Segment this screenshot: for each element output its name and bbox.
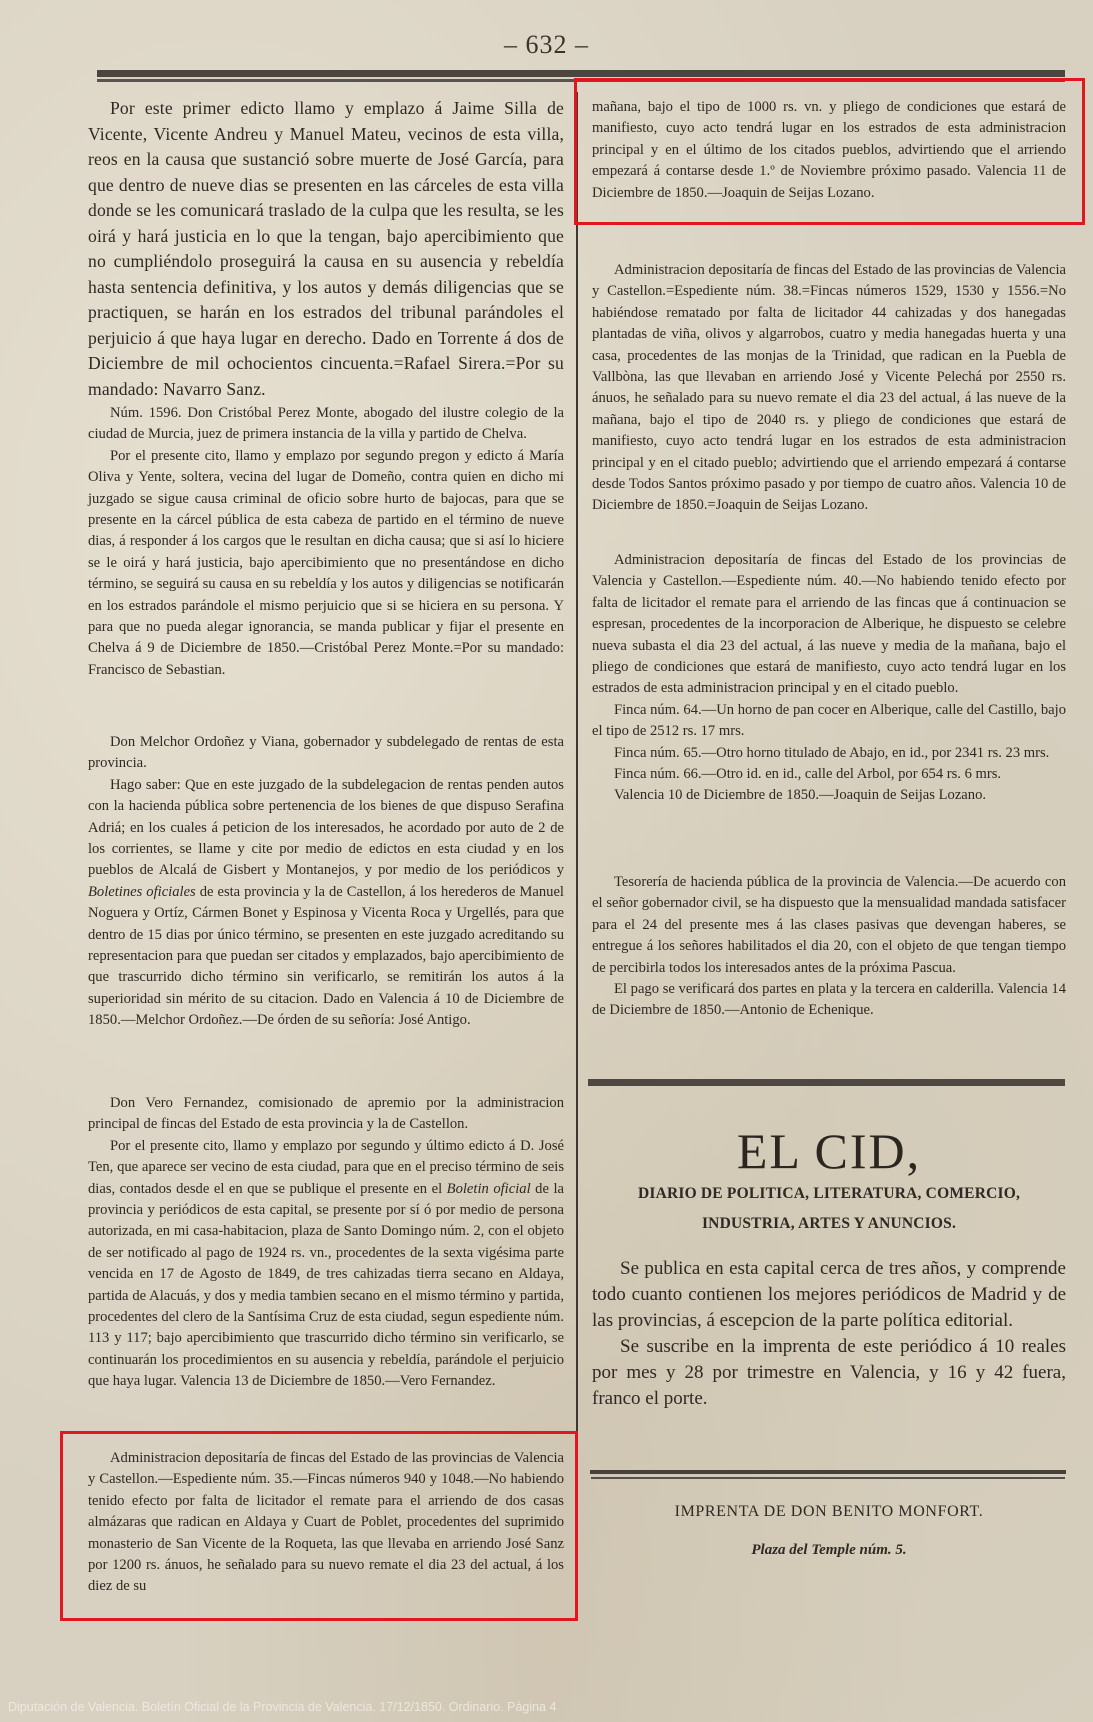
tesoreria-signature: El pago se verificará dos partes en plat… [592,979,1066,1022]
expediente-40: Administracion depositaría de fincas del… [592,550,1066,807]
tesoreria-text: Tesorería de hacienda pública de la prov… [592,872,1066,979]
edict-rentas-heading: Don Melchor Ordoñez y Viana, gobernador … [88,732,564,775]
el-cid-description: Se publica en esta capital cerca de tres… [592,1256,1066,1412]
edict-rentas: Don Melchor Ordoñez y Viana, gobernador … [88,732,564,1032]
finca-64: Finca núm. 64.—Un horno de pan cocer en … [592,700,1066,743]
edict-rentas-body-b: de esta provincia y la de Castellon, á l… [88,884,564,1028]
el-cid-subtitle-line1: DIARIO DE POLITICA, LITERATURA, COMERCIO… [592,1185,1066,1203]
expediente-40-text: Administracion depositaría de fincas del… [592,550,1066,700]
expediente-38: Administracion depositaría de fincas del… [592,260,1066,517]
edict-apremio-body: Por el presente cito, llamo y emplazo po… [88,1136,564,1393]
el-cid-top-rule [588,1079,1065,1086]
edict-rentas-body-a: Hago saber: Que en este juzgado de la su… [88,777,564,879]
printer-name: IMPRENTA DE DON BENITO MONFORT. [592,1503,1066,1521]
edict-torrente-text: Por este primer edicto llamo y emplazo á… [88,96,564,402]
edict-chelva-body: Por el presente cito, llamo y emplazo po… [88,446,564,681]
printer-address: Plaza del Temple núm. 5. [592,1542,1066,1559]
edict-apremio-body-b: de la provincia y periódicos de esta cap… [88,1181,564,1390]
archive-credit: Diputación de Valencia. Boletín Oficial … [8,1700,557,1714]
edict-rentas-body: Hago saber: Que en este juzgado de la su… [88,775,564,1032]
expediente-35-continuation: mañana, bajo el tipo de 1000 rs. vn. y p… [592,97,1066,204]
expediente-35: Administracion depositaría de fincas del… [88,1448,564,1598]
expediente-38-text: Administracion depositaría de fincas del… [592,260,1066,517]
expediente-40-signature: Valencia 10 de Diciembre de 1850.—Joaqui… [592,785,1066,806]
el-cid-title: EL CID, [592,1122,1066,1180]
el-cid-paragraph-publica: Se publica en esta capital cerca de tres… [592,1256,1066,1334]
el-cid-paragraph-suscribe: Se suscribe en la imprenta de este perió… [592,1334,1066,1412]
imprint-rule [590,1470,1066,1474]
page-number: – 632 – [0,30,1093,60]
column-divider [576,92,578,1582]
edict-apremio-body-italic: Boletin oficial [447,1181,531,1197]
expediente-35-text: Administracion depositaría de fincas del… [88,1448,564,1598]
edict-apremio: Don Vero Fernandez, comisionado de aprem… [88,1093,564,1393]
edict-chelva-heading: Núm. 1596. Don Cristóbal Perez Monte, ab… [88,403,564,446]
tesoreria-notice: Tesorería de hacienda pública de la prov… [592,872,1066,1022]
finca-66: Finca núm. 66.—Otro id. en id., calle de… [592,764,1066,785]
expediente-35-continuation-text: mañana, bajo el tipo de 1000 rs. vn. y p… [592,97,1066,204]
edict-torrente: Por este primer edicto llamo y emplazo á… [88,96,564,402]
edict-apremio-heading: Don Vero Fernandez, comisionado de aprem… [88,1093,564,1136]
header-rule [97,70,1065,79]
edict-rentas-body-italic: Boletines oficiales [88,884,196,900]
el-cid-subtitle-line2: INDUSTRIA, ARTES Y ANUNCIOS. [592,1215,1066,1233]
finca-65: Finca núm. 65.—Otro horno titulado de Ab… [592,743,1066,764]
edict-chelva: Núm. 1596. Don Cristóbal Perez Monte, ab… [88,403,564,681]
